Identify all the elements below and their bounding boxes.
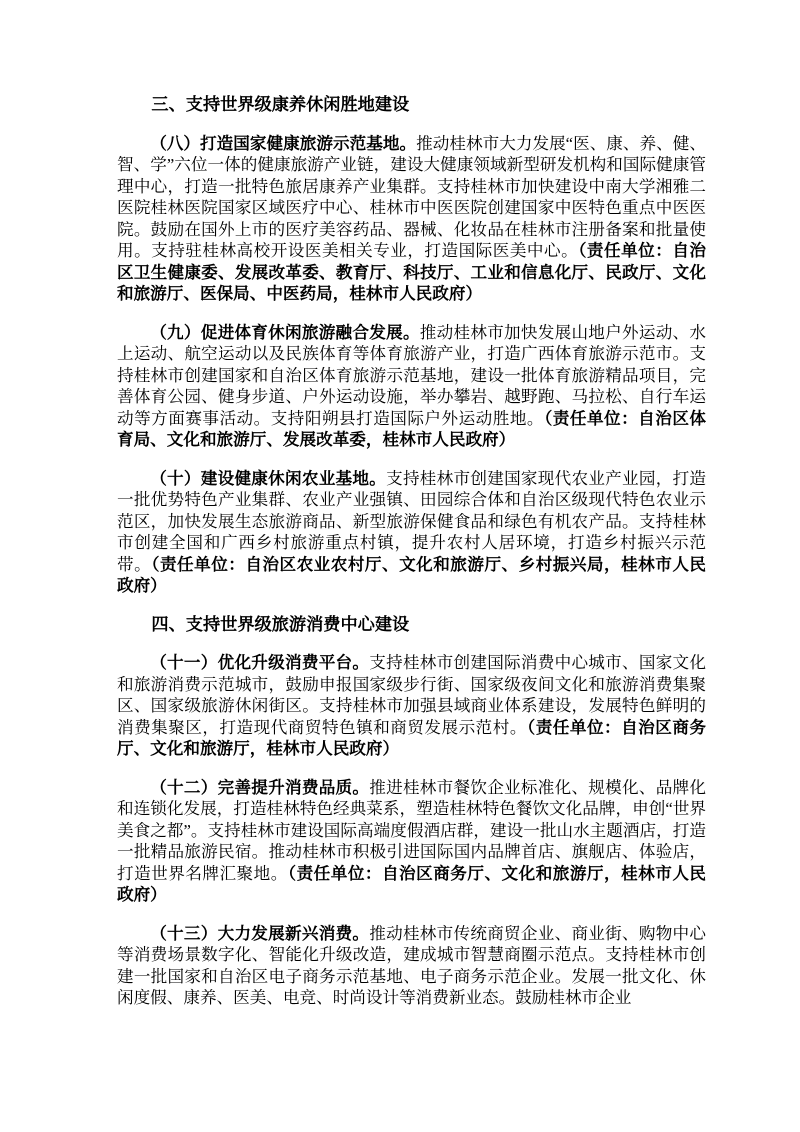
clause-11-title: （十一）优化升级消费平台。: [150, 653, 369, 672]
clause-8-title: （八）打造国家健康旅游示范基地。: [150, 134, 416, 153]
section-heading-kangyang: 三、支持世界级康养休闲胜地建设: [117, 94, 706, 116]
clause-10-paragraph: （十）建设健康休闲农业基地。支持桂林市创建国家现代农业产业园，打造一批优势特色产…: [117, 468, 706, 597]
document-page: 三、支持世界级康养休闲胜地建设 （八）打造国家健康旅游示范基地。推动桂林市大力发…: [0, 0, 800, 1132]
clause-13-paragraph: （十三）大力发展新兴消费。推动桂林市传统商贸企业、商业街、购物中心等消费场景数字…: [117, 923, 706, 1009]
clause-10-responsibility: （责任单位：自治区农业农村厅、文化和旅游厅、乡村振兴局，桂林市人民政府）: [117, 555, 706, 596]
section-heading-xiaofei: 四、支持世界级旅游消费中心建设: [117, 614, 706, 636]
clause-12-title: （十二）完善提升消费品质。: [150, 778, 369, 797]
clause-9-paragraph: （九）促进体育休闲旅游融合发展。推动桂林市加快发展山地户外运动、水上运动、航空运…: [117, 322, 706, 451]
clause-8-paragraph: （八）打造国家健康旅游示范基地。推动桂林市大力发展“医、康、养、健、智、学”六位…: [117, 133, 706, 305]
clause-10-title: （十）建设健康休闲农业基地。: [150, 469, 386, 488]
clause-12-paragraph: （十二）完善提升消费品质。推进桂林市餐饮企业标准化、规模化、品牌化和连锁化发展，…: [117, 777, 706, 906]
clause-9-title: （九）促进体育休闲旅游融合发展。: [150, 323, 420, 342]
clause-11-paragraph: （十一）优化升级消费平台。支持桂林市创建国际消费中心城市、国家文化和旅游消费示范…: [117, 652, 706, 760]
clause-13-title: （十三）大力发展新兴消费。: [150, 924, 369, 943]
